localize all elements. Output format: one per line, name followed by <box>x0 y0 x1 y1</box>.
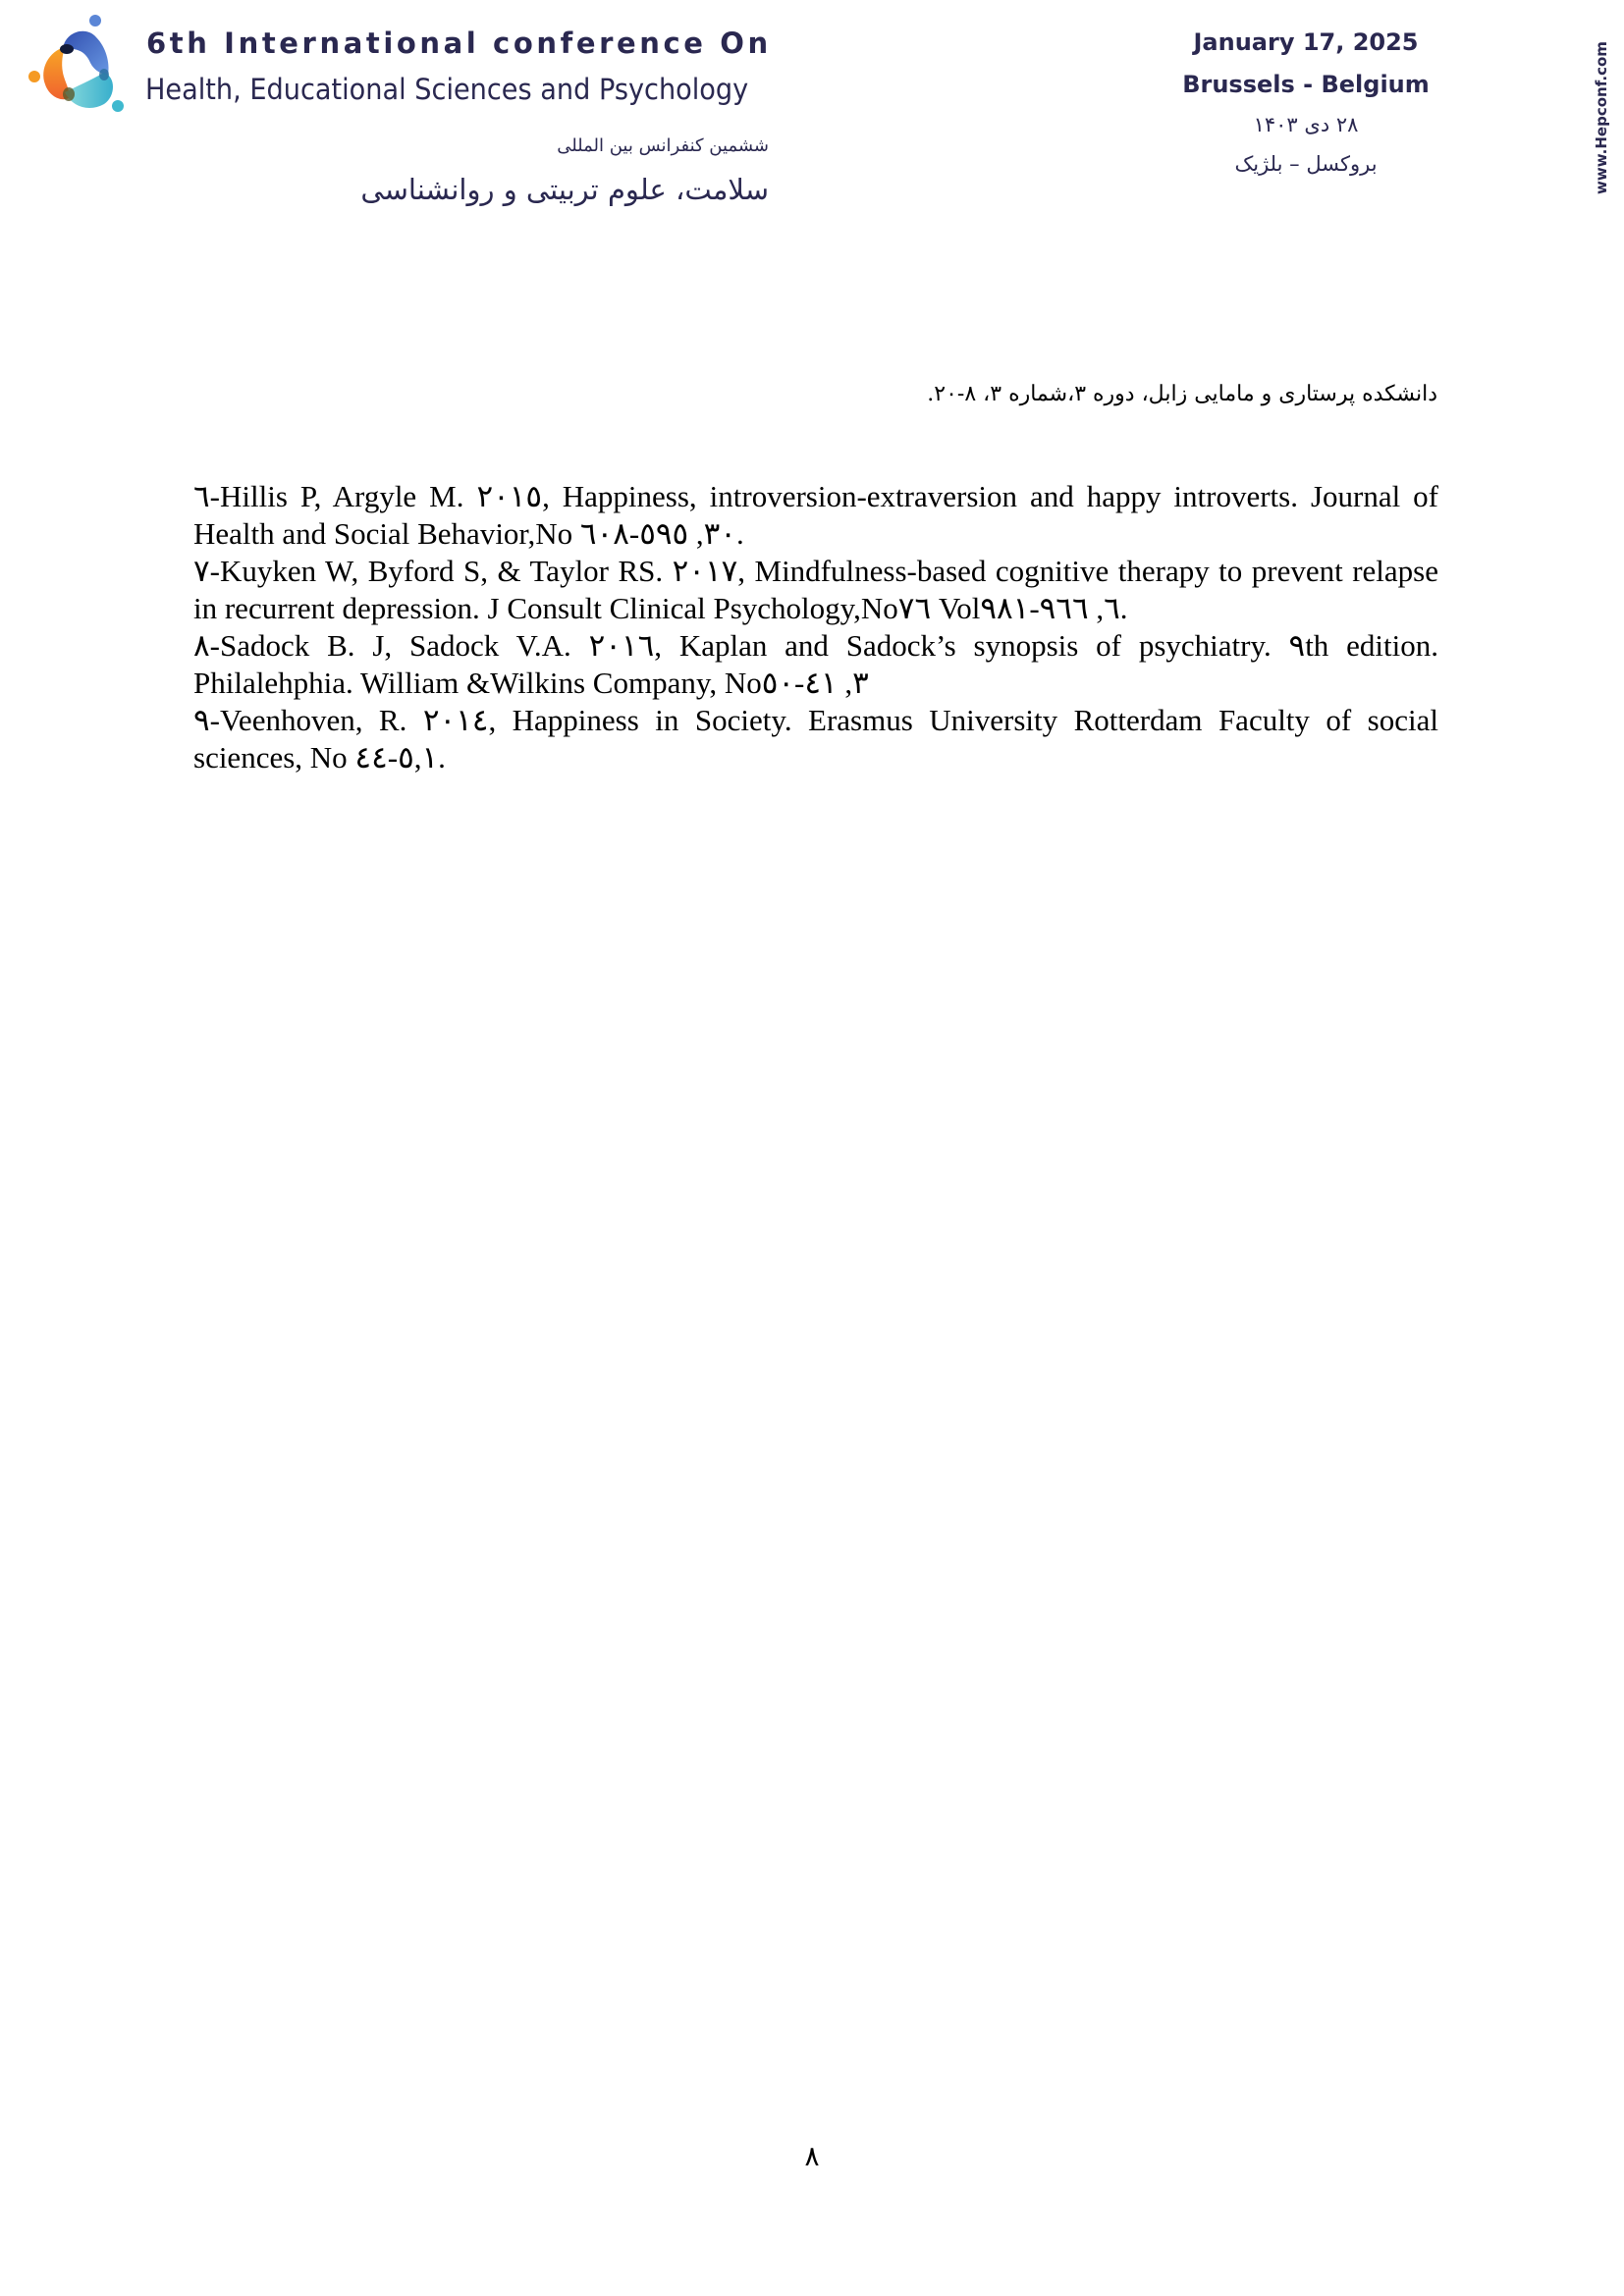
reference-text: -Sadock B. J, Sadock V.A. ٢٠١٦, Kaplan a… <box>193 628 1438 700</box>
reference-item: ٧-Kuyken W, Byford S, & Taylor RS. ٢٠١٧,… <box>193 553 1438 627</box>
website-url: www.Hepconf.com <box>1587 39 1616 196</box>
reference-text: -Kuyken W, Byford S, & Taylor RS. ٢٠١٧, … <box>193 554 1438 625</box>
conference-location-fa: بروکسل – بلژیک <box>1159 149 1453 179</box>
persian-reference-continuation: دانشکده پرستاری و مامایی زابل، دوره ۳،شم… <box>927 377 1437 412</box>
conference-date-en: January 17, 2025 <box>1159 27 1453 57</box>
reference-item: ٦-Hillis P, Argyle M. ٢٠١٥, Happiness, i… <box>193 478 1438 553</box>
reference-number: ٨ <box>193 628 210 663</box>
reference-list: ٦-Hillis P, Argyle M. ٢٠١٥, Happiness, i… <box>193 478 1438 776</box>
reference-number: ٦ <box>193 479 210 513</box>
conference-title-line-1: 6th International conference On <box>146 27 772 60</box>
page-number: ۸ <box>0 2140 1624 2173</box>
reference-item: ٨-Sadock B. J, Sadock V.A. ٢٠١٦, Kaplan … <box>193 627 1438 702</box>
conference-location-en: Brussels - Belgium <box>1159 70 1453 99</box>
website-url-text: www.Hepconf.com <box>1593 41 1610 194</box>
conference-title-fa-line-2: سلامت، علوم تربیتی و روانشناسی <box>360 173 769 206</box>
conference-date-location: January 17, 2025 Brussels - Belgium ۲۸ د… <box>1159 27 1453 179</box>
reference-item: ٩-Veenhoven, R. ٢٠١٤, Happiness in Socie… <box>193 702 1438 776</box>
conference-logo-icon <box>26 14 128 116</box>
reference-number: ٩ <box>193 703 210 737</box>
reference-text: -Hillis P, Argyle M. ٢٠١٥, Happiness, in… <box>193 479 1438 551</box>
reference-number: ٧ <box>193 554 210 588</box>
conference-title-fa-line-1: ششمین کنفرانس بین المللی <box>557 135 769 156</box>
conference-date-fa: ۲۸ دی ۱۴۰۳ <box>1159 110 1453 139</box>
reference-text: -Veenhoven, R. ٢٠١٤, Happiness in Societ… <box>193 703 1438 774</box>
conference-title-line-2: Health, Educational Sciences and Psychol… <box>145 73 748 106</box>
